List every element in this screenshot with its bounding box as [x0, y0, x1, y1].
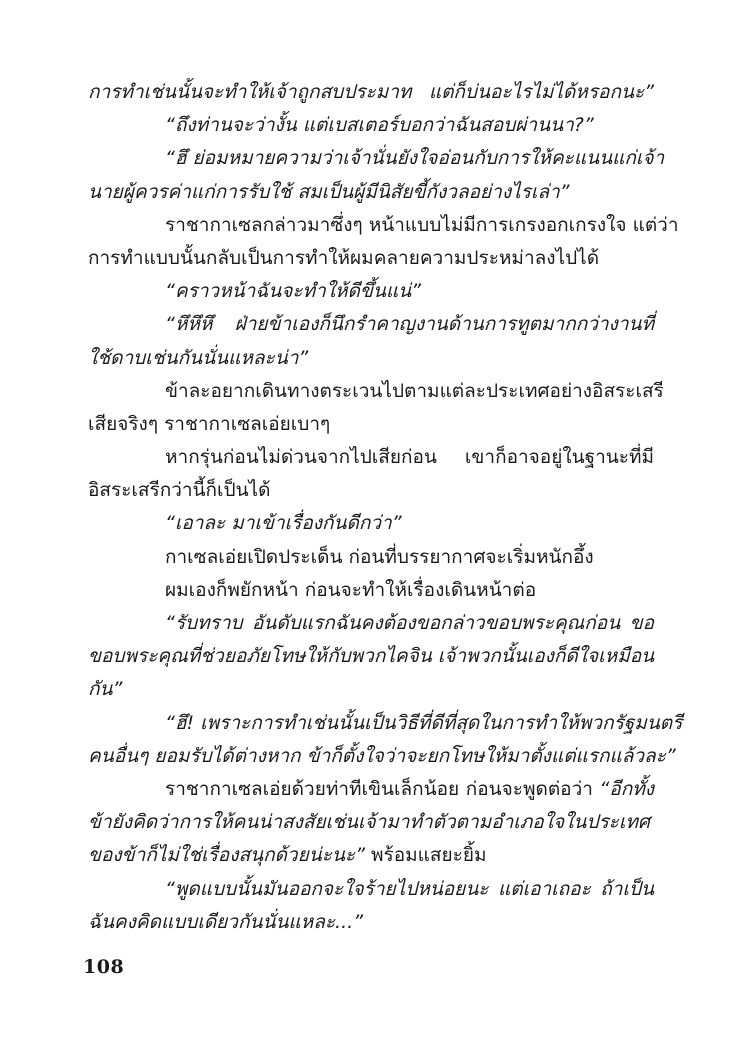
- page-body: การทำเช่นนั้นจะทำให้เจ้าถูกสบประมาท แต่ก…: [88, 76, 654, 939]
- narration-segment: พร้อมแสยะยิ้ม: [365, 844, 487, 866]
- text-line-16: ผมเองก็พยักหน้า ก่อนจะทำให้เรื่องเดินหน้…: [88, 574, 654, 607]
- text-line-23: ข้ายังคิดว่าการให้คนน่าสงสัยเช่นเจ้ามาทำ…: [88, 806, 654, 839]
- page-number: 108: [83, 956, 124, 978]
- text-line-22: ราชากาเซลเอ่ยด้วยท่าทีเขินเล็กน้อย ก่อนจ…: [88, 773, 654, 806]
- text-line-12: หากรุ่นก่อนไม่ด่วนจากไปเสียก่อน เขาก็อาจ…: [88, 441, 654, 474]
- text-line-18: ขอบพระคุณที่ช่วยอภัยโทษให้กับพวกไคจิน เจ…: [88, 640, 654, 673]
- narration-segment: ราชากาเซลเอ่ยด้วยท่าทีเขินเล็กน้อย ก่อนจ…: [165, 778, 599, 800]
- text-line-3: “ฮึ ย่อมหมายความว่าเจ้านั่นยังใจอ่อนกับก…: [88, 142, 654, 175]
- text-line-5: ราชากาเซลกล่าวมาซึ่งๆ หน้าแบบไม่มีการเกร…: [88, 209, 654, 242]
- dialog-segment: ของข้าก็ไม่ใช่เรื่องสนุกด้วยน่ะนะ”: [88, 844, 365, 866]
- text-line-10: ข้าละอยากเดินทางตระเวนไปตามแต่ละประเทศอย…: [88, 375, 654, 408]
- text-line-8: “หึหึหึ ฝ่ายข้าเองก็นึกรำคาญงานด้านการทู…: [88, 308, 654, 341]
- text-line-1: การทำเช่นนั้นจะทำให้เจ้าถูกสบประมาท แต่ก…: [88, 76, 654, 109]
- text-line-11: เสียจริงๆ ราชากาเซลเอ่ยเบาๆ: [88, 408, 654, 441]
- text-line-19: กัน”: [88, 673, 654, 706]
- text-line-7: “คราวหน้าฉันจะทำให้ดีขึ้นแน่”: [88, 275, 654, 308]
- text-line-17: “รับทราบ อันดับแรกฉันคงต้องขอกล่าวขอบพระ…: [88, 607, 654, 640]
- text-line-26: ฉันคงคิดแบบเดียวกันนั่นแหละ...”: [88, 906, 654, 939]
- text-line-20: “ฮึ! เพราะการทำเช่นนั้นเป็นวิธีที่ดีที่ส…: [88, 707, 654, 740]
- text-line-6: การทำแบบนั้นกลับเป็นการทำให้ผมคลายความปร…: [88, 242, 654, 275]
- text-line-21: คนอื่นๆ ยอมรับได้ต่างหาก ข้าก็ตั้งใจว่าจ…: [88, 740, 654, 773]
- text-line-14: “เอาละ มาเข้าเรื่องกันดีกว่า”: [88, 507, 654, 540]
- text-line-4: นายผู้ควรค่าแก่การรับใช้ สมเป็นผู้มีนิสั…: [88, 176, 654, 209]
- text-line-25: “พูดแบบนั้นมันออกจะใจร้ายไปหน่อยนะ แต่เอ…: [88, 873, 654, 906]
- text-line-24: ของข้าก็ไม่ใช่เรื่องสนุกด้วยน่ะนะ” พร้อม…: [88, 839, 654, 872]
- text-line-13: อิสระเสรีกว่านี้ก็เป็นได้: [88, 474, 654, 507]
- dialog-segment: “อีกทั้ง: [599, 778, 654, 800]
- text-line-2: “ถึงท่านจะว่างั้น แต่เบสเตอร์บอกว่าฉันสอ…: [88, 109, 654, 142]
- text-line-9: ใช้ดาบเช่นกันนั่นแหละน่า”: [88, 342, 654, 375]
- text-line-15: กาเซลเอ่ยเปิดประเด็น ก่อนที่บรรยากาศจะเร…: [88, 541, 654, 574]
